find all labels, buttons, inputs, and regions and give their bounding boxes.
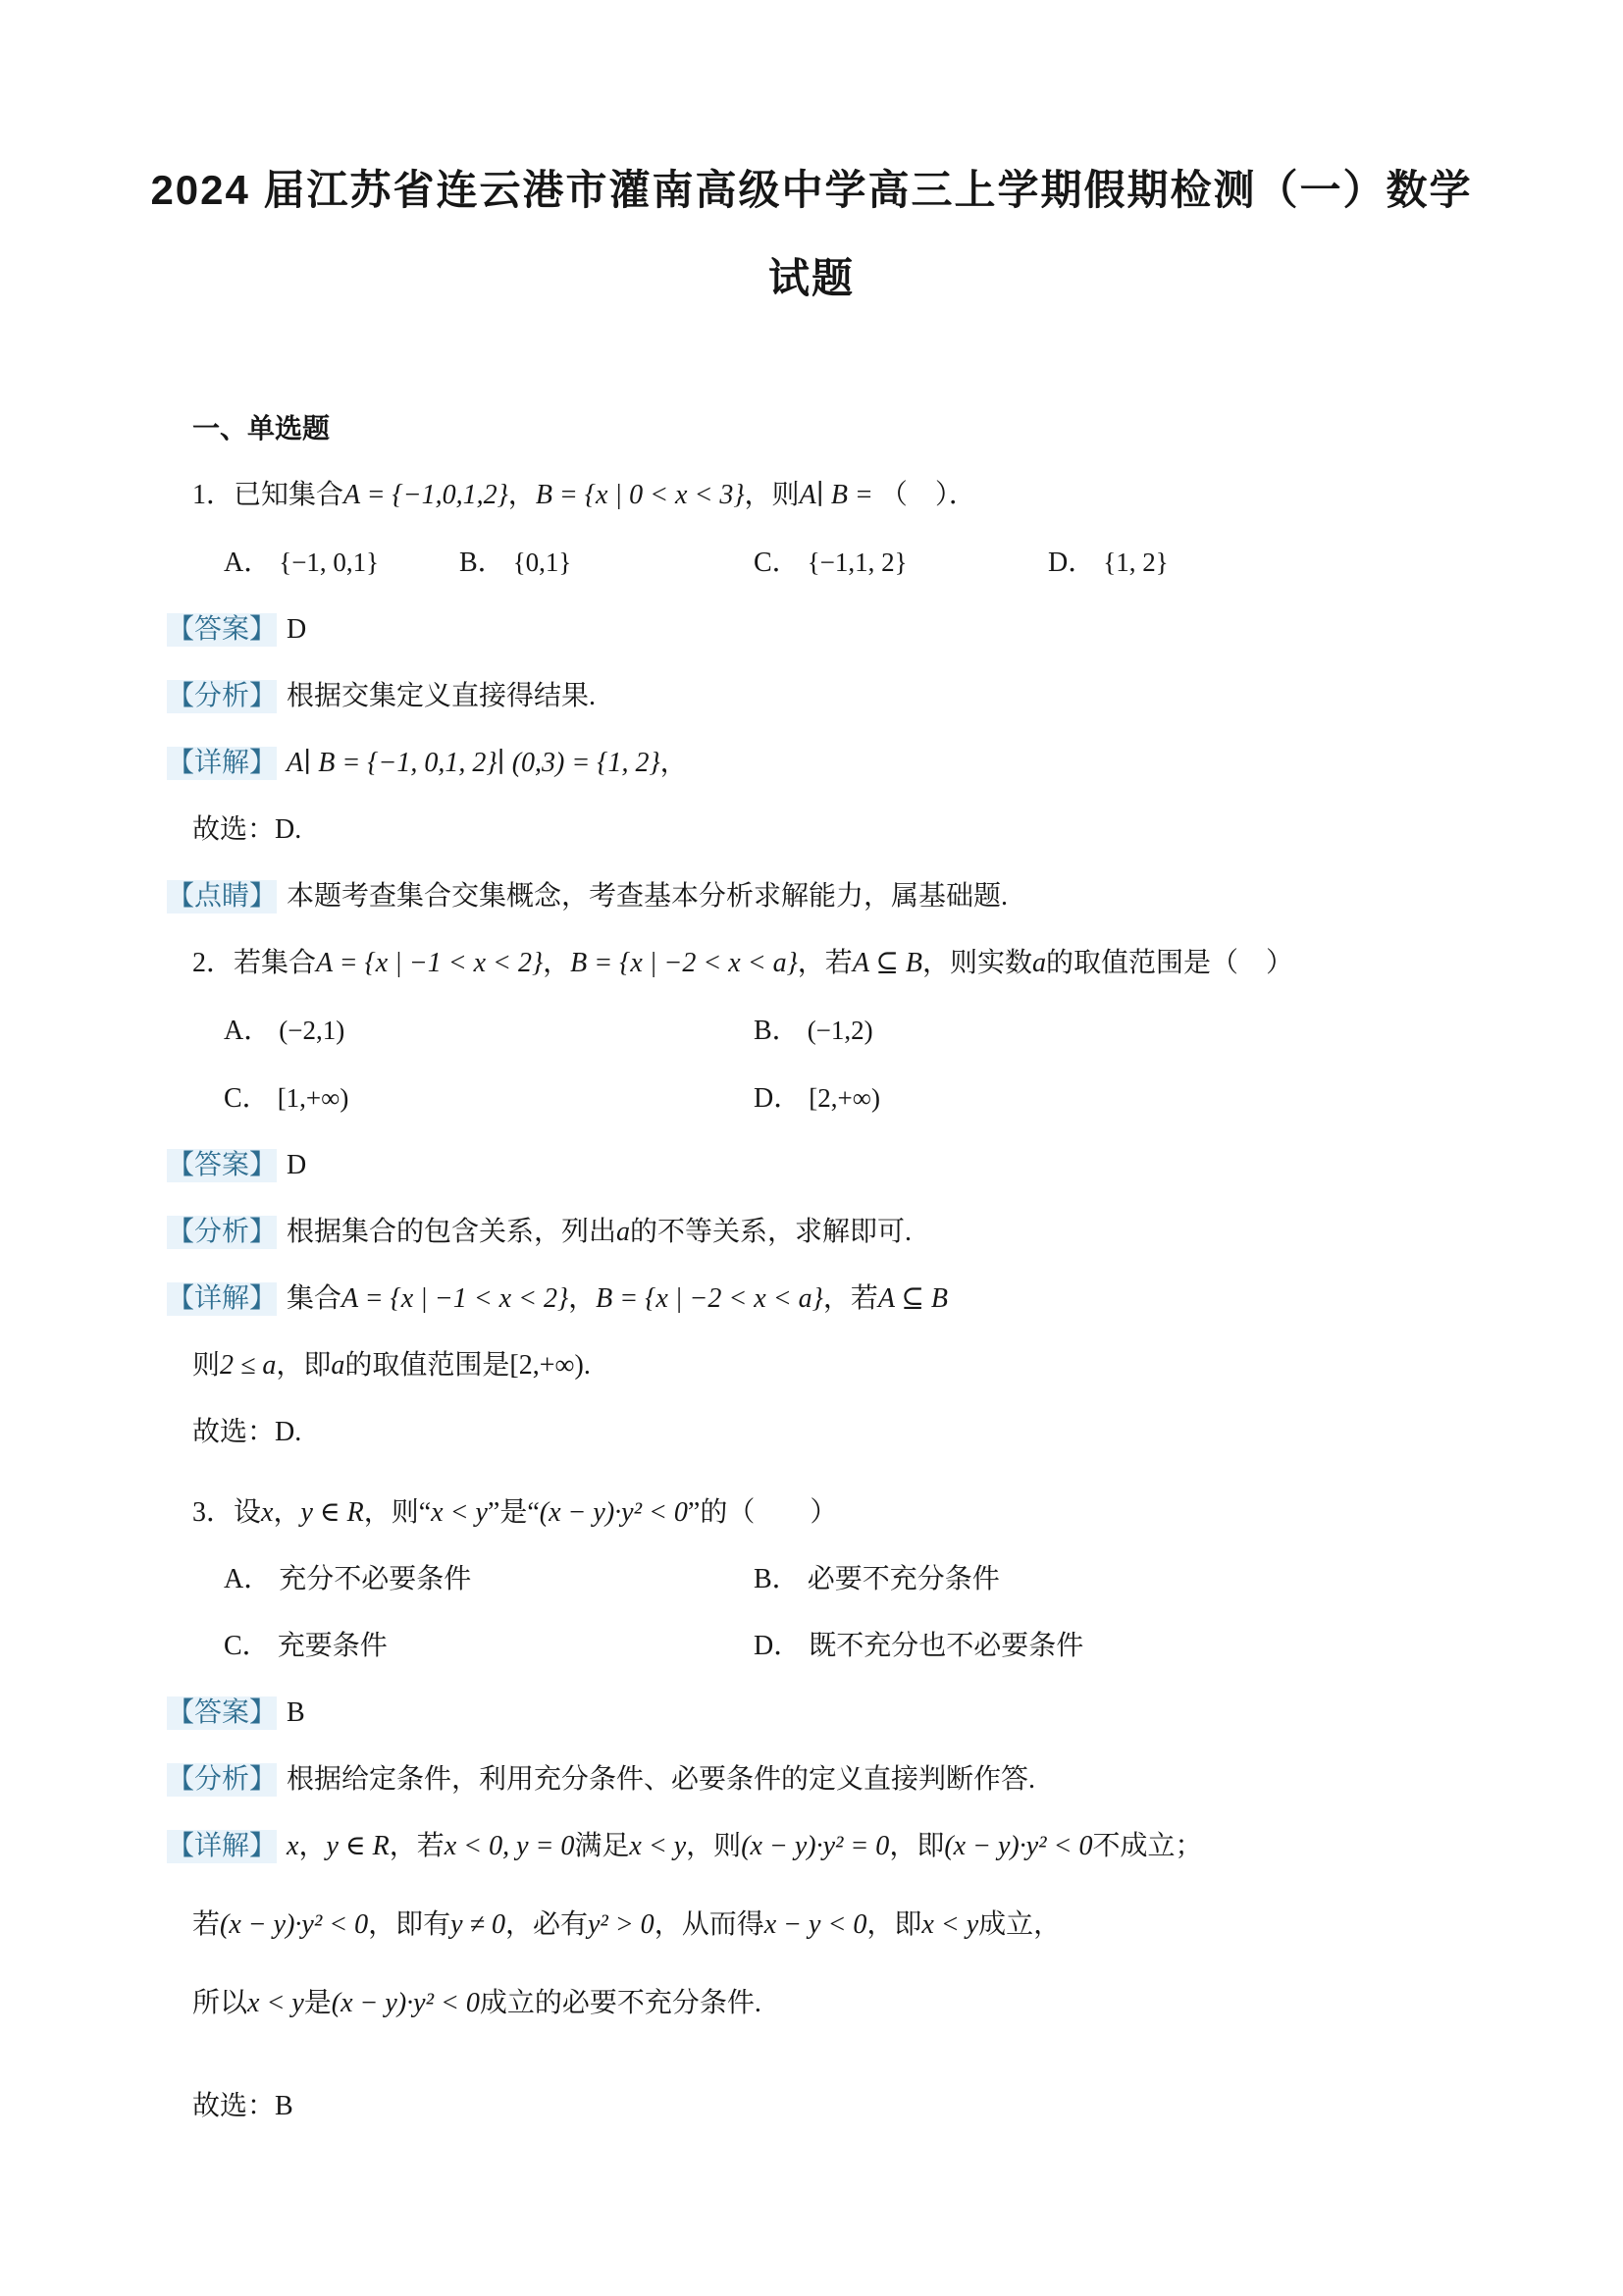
q2-option-d: D． [2,+∞) — [754, 1081, 1584, 1116]
q1-note-text: 本题考查集合交集概念，考查基本分析求解能力，属基础题. — [287, 881, 1008, 912]
q3-options-row-1: A． 充分不必要条件 B． 必要不充分条件 — [224, 1563, 1584, 1596]
q1-option-b-label: B． — [459, 547, 505, 580]
q3-stem: 3．设x，y ∈ R，则“x < y”是“(x − y)·y² < 0”的（ ） — [192, 1496, 1584, 1530]
q3-detail-line-1: 【详解】x，y ∈ R，若x < 0, y = 0满足x < y，则(x − y… — [167, 1830, 1584, 1863]
q2-option-d-label: D． — [754, 1082, 801, 1116]
q3-detail-line-2: 若(x − y)·y² < 0，即有y ≠ 0，必有y² > 0，从而得x − … — [192, 1908, 1584, 1942]
q1-option-a: A． {−1, 0,1} — [224, 546, 459, 580]
detail-tag: 【详解】 — [167, 747, 277, 780]
q3-option-c-label: C． — [224, 1630, 270, 1663]
q1-detail-text: A∣ B = {−1, 0,1, 2}∣ (0,3) = {1, 2}， — [287, 748, 688, 778]
q1-option-b: B． {0,1} — [459, 546, 754, 580]
analysis-tag: 【分析】 — [167, 1763, 277, 1797]
answer-tag: 【答案】 — [167, 1696, 277, 1730]
q1-analysis-text: 根据交集定义直接得结果. — [287, 681, 596, 711]
q1-option-c: C． {−1,1, 2} — [754, 546, 1048, 580]
q1-stem: 1．已知集合A = {−1,0,1,2}，B = {x | 0 < x < 3}… — [192, 479, 1584, 512]
q1-option-d-label: D． — [1048, 547, 1095, 580]
q3-answer-value: B — [287, 1697, 305, 1728]
q1-option-b-value: {0,1} — [513, 546, 572, 579]
q3-option-a: A． 充分不必要条件 — [224, 1563, 754, 1596]
q3-option-d: D． 既不充分也不必要条件 — [754, 1630, 1584, 1663]
q1-choose-line: 故选：D. — [192, 813, 1584, 847]
q3-option-a-label: A． — [224, 1563, 271, 1596]
q3-option-d-label: D． — [754, 1630, 801, 1663]
document-title-line2: 试题 — [59, 253, 1564, 304]
q3-analysis-text: 根据给定条件，利用充分条件、必要条件的定义直接判断作答. — [287, 1764, 1035, 1795]
q3-option-d-value: 既不充分也不必要条件 — [809, 1630, 1083, 1663]
analysis-tag: 【分析】 — [167, 1216, 277, 1249]
q2-options-row-2: C． [1,+∞) D． [2,+∞) — [224, 1081, 1584, 1116]
q1-analysis-line: 【分析】根据交集定义直接得结果. — [167, 680, 1584, 713]
q1-option-a-value: {−1, 0,1} — [279, 546, 379, 579]
q1-note-line: 【点睛】本题考查集合交集概念，考查基本分析求解能力，属基础题. — [167, 880, 1584, 913]
q1-answer-line: 【答案】D — [167, 613, 1584, 647]
q2-option-b: B． (−1,2) — [754, 1014, 1584, 1048]
q2-options-row-1: A． (−2,1) B． (−1,2) — [224, 1014, 1584, 1048]
q2-analysis-line: 【分析】根据集合的包含关系，列出a的不等关系，求解即可. — [167, 1216, 1584, 1249]
section-header: 一、单选题 — [192, 412, 1584, 445]
q1-options-row: A． {−1, 0,1} B． {0,1} C． {−1,1, 2} D． {1… — [224, 546, 1584, 580]
q3-option-a-value: 充分不必要条件 — [279, 1563, 471, 1596]
document-title-line1: 2024 届江苏省连云港市灌南高级中学高三上学期假期检测（一）数学 — [59, 165, 1564, 216]
q2-answer-line: 【答案】D — [167, 1149, 1584, 1182]
q3-analysis-line: 【分析】根据给定条件，利用充分条件、必要条件的定义直接判断作答. — [167, 1763, 1584, 1797]
q1-option-d: D． {1, 2} — [1048, 546, 1584, 580]
q1-option-d-value: {1, 2} — [1103, 546, 1168, 579]
q2-analysis-text: 根据集合的包含关系，列出a的不等关系，求解即可. — [287, 1217, 912, 1247]
q2-detail-line-2: 则2 ≤ a，即a的取值范围是[2,+∞). — [192, 1349, 1584, 1383]
q3-option-c: C． 充要条件 — [224, 1630, 754, 1663]
answer-tag: 【答案】 — [167, 613, 277, 647]
q2-detail-line-1: 【详解】集合A = {x | −1 < x < 2}，B = {x | −2 <… — [167, 1282, 1584, 1316]
q3-options-row-2: C． 充要条件 D． 既不充分也不必要条件 — [224, 1630, 1584, 1663]
q3-option-c-value: 充要条件 — [278, 1630, 388, 1663]
q2-option-d-value: [2,+∞) — [809, 1081, 880, 1115]
q3-option-b: B． 必要不充分条件 — [754, 1563, 1584, 1596]
q1-detail-line: 【详解】A∣ B = {−1, 0,1, 2}∣ (0,3) = {1, 2}， — [167, 747, 1584, 780]
q2-option-b-label: B． — [754, 1015, 800, 1048]
detail-tag: 【详解】 — [167, 1282, 277, 1316]
q2-detail-text-1: 集合A = {x | −1 < x < 2}，B = {x | −2 < x <… — [287, 1283, 948, 1314]
q3-answer-line: 【答案】B — [167, 1696, 1584, 1730]
q3-option-b-value: 必要不充分条件 — [808, 1563, 1000, 1596]
q2-stem: 2．若集合A = {x | −1 < x < 2}，B = {x | −2 < … — [192, 947, 1584, 980]
q1-option-c-label: C． — [754, 547, 800, 580]
q2-option-a: A． (−2,1) — [224, 1014, 754, 1048]
q2-choose-line: 故选：D. — [192, 1416, 1584, 1449]
exam-document-page: 2024 届江苏省连云港市灌南高级中学高三上学期假期检测（一）数学 试题 一、单… — [0, 0, 1623, 2296]
q1-option-c-value: {−1,1, 2} — [808, 546, 908, 579]
q2-option-b-value: (−1,2) — [808, 1014, 873, 1047]
q2-option-c: C． [1,+∞) — [224, 1081, 754, 1116]
q2-option-c-label: C． — [224, 1082, 270, 1116]
note-tag: 【点睛】 — [167, 880, 277, 913]
document-body: 一、单选题 1．已知集合A = {−1,0,1,2}，B = {x | 0 < … — [0, 412, 1623, 2123]
q3-option-b-label: B． — [754, 1563, 800, 1596]
detail-tag: 【详解】 — [167, 1830, 277, 1863]
q2-option-a-label: A． — [224, 1015, 271, 1048]
analysis-tag: 【分析】 — [167, 680, 277, 713]
q1-option-a-label: A． — [224, 547, 271, 580]
q2-option-c-value: [1,+∞) — [278, 1081, 349, 1115]
q3-choose-line: 故选：B — [192, 2090, 1584, 2123]
q3-detail-text-1: x，y ∈ R，若x < 0, y = 0满足x < y，则(x − y)·y²… — [287, 1831, 1202, 1861]
q2-answer-value: D — [287, 1150, 306, 1180]
q3-detail-line-3: 所以x < y是(x − y)·y² < 0成立的必要不充分条件. — [192, 1987, 1584, 2020]
q2-option-a-value: (−2,1) — [279, 1014, 344, 1047]
q1-answer-value: D — [287, 614, 306, 645]
answer-tag: 【答案】 — [167, 1149, 277, 1182]
